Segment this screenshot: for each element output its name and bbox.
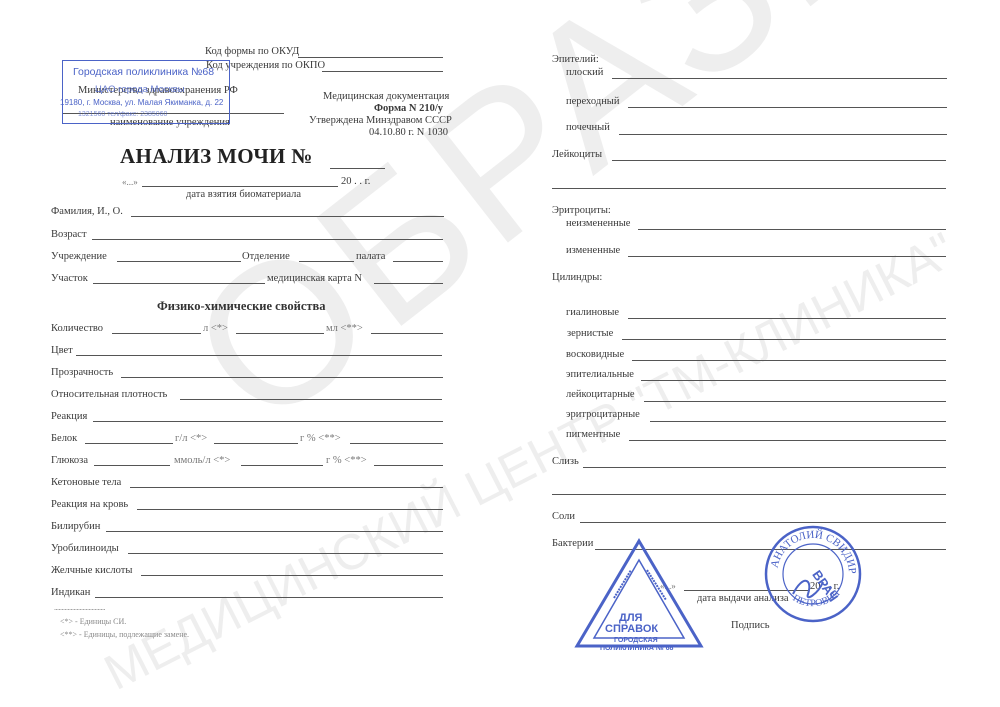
department-field[interactable]: [299, 261, 354, 262]
department-label: Отделение: [242, 251, 290, 263]
leukocytes-field[interactable]: [612, 160, 946, 161]
footnote-2: <**> - Единицы, подлежащие замене.: [60, 630, 189, 639]
unchanged-field[interactable]: [638, 229, 946, 230]
glucose-mmol-field[interactable]: [94, 465, 170, 466]
waxy-field[interactable]: [632, 360, 946, 361]
name-field[interactable]: [131, 216, 444, 217]
transitional-field[interactable]: [628, 107, 947, 108]
epithelial-casts-field[interactable]: [641, 380, 946, 381]
bilirubin-field[interactable]: [106, 531, 443, 532]
ward-field[interactable]: [393, 261, 443, 262]
quantity-extra-field[interactable]: [371, 333, 443, 334]
reaction-field[interactable]: [93, 421, 443, 422]
bile-acids-field[interactable]: [141, 575, 443, 576]
protein-pct-field[interactable]: [214, 443, 298, 444]
leukocyte-casts-label: лейкоцитарные: [566, 389, 635, 401]
ketones-label: Кетоновые тела: [51, 477, 121, 489]
glucose-label: Глюкоза: [51, 455, 88, 467]
reaction-label: Реакция: [51, 411, 87, 423]
glucose-unit-2: г % <**>: [326, 455, 367, 467]
quantity-unit-1: л <*>: [203, 323, 228, 335]
salts-field[interactable]: [580, 522, 946, 523]
protein-unit-2: г % <**>: [300, 433, 341, 445]
quantity-ml-field[interactable]: [236, 333, 324, 334]
density-field[interactable]: [180, 399, 442, 400]
institution-label: Учреждение: [51, 251, 107, 263]
blood-field[interactable]: [137, 509, 443, 510]
granular-label: зернистые: [567, 328, 613, 340]
triangle-stamp-center-2: СПРАВОК: [605, 623, 658, 635]
changed-label: измененные: [566, 245, 620, 257]
form-number: Форма N 210/у: [374, 103, 443, 115]
sample-date-prefix: «...»: [122, 176, 138, 188]
analysis-number-field[interactable]: [330, 168, 385, 169]
indican-field[interactable]: [95, 597, 443, 598]
hyaline-label: гиалиновые: [566, 307, 619, 319]
mucus-label: Слизь: [552, 456, 579, 468]
indican-label: Индикан: [51, 587, 90, 599]
protein-gl-field[interactable]: [85, 443, 173, 444]
protein-label: Белок: [51, 433, 77, 445]
waxy-label: восковидные: [566, 349, 624, 361]
quantity-l-field[interactable]: [112, 333, 201, 334]
round-stamp: АНАТОЛИЙ СВИДИРОВ ПЕТРОВИЧ ВРАЧ: [763, 524, 863, 624]
district-label: Участок: [51, 273, 88, 285]
sample-date-suffix: 20 . . г.: [341, 176, 370, 188]
density-label: Относительная плотность: [51, 389, 167, 401]
okud-field[interactable]: [298, 57, 443, 58]
district-field[interactable]: [93, 283, 265, 284]
protein-extra-field[interactable]: [350, 443, 443, 444]
epithelial-casts-label: эпителиальные: [566, 369, 634, 381]
glucose-extra-field[interactable]: [374, 465, 443, 466]
mucus-field-2[interactable]: [552, 494, 946, 495]
page-title: АНАЛИЗ МОЧИ №: [120, 144, 313, 169]
epithelium-label: Эпителий:: [552, 54, 599, 66]
bile-acids-label: Желчные кислоты: [51, 565, 132, 577]
med-card-label: медицинская карта N: [267, 273, 362, 285]
hyaline-field[interactable]: [628, 318, 946, 319]
blood-label: Реакция на кровь: [51, 499, 128, 511]
color-field[interactable]: [76, 355, 442, 356]
unchanged-label: неизмененные: [566, 218, 630, 230]
pigment-casts-field[interactable]: [629, 440, 946, 441]
bilirubin-label: Билирубин: [51, 521, 100, 533]
quantity-unit-2: мл <**>: [326, 323, 363, 335]
sample-date-field[interactable]: [142, 186, 338, 187]
urobilinoids-field[interactable]: [128, 553, 443, 554]
leukocytes-label: Лейкоциты: [552, 149, 602, 161]
flat-field[interactable]: [612, 78, 947, 79]
glucose-unit-1: ммоль/л <*>: [174, 455, 230, 467]
changed-field[interactable]: [628, 256, 946, 257]
color-label: Цвет: [51, 345, 73, 357]
pigment-casts-label: пигментные: [566, 429, 620, 441]
urobilinoids-label: Уробилиноиды: [51, 543, 119, 555]
stamp-line-4: 1321560 тел/факс: 2385060: [78, 111, 167, 118]
casts-label: Цилиндры:: [552, 272, 602, 284]
okud-label: Код формы по ОКУД: [205, 46, 299, 58]
renal-label: почечный: [566, 122, 610, 134]
transitional-label: переходный: [566, 96, 619, 108]
erythrocyte-casts-field[interactable]: [650, 421, 946, 422]
age-label: Возраст: [51, 229, 87, 241]
mucus-field[interactable]: [583, 467, 946, 468]
doc-type: Медицинская документация: [323, 91, 449, 103]
approval-date: 04.10.80 г. N 1030: [369, 127, 448, 139]
footnote-1: <*> - Единицы СИ.: [60, 617, 126, 626]
footnote-separator: ..................................: [54, 603, 105, 612]
flat-label: плоский: [566, 67, 603, 79]
stamp-line-3: 19180, г. Москва, ул. Малая Якиманка, д.…: [60, 98, 223, 107]
leukocytes-field-2[interactable]: [552, 188, 946, 189]
stamp-line-1: Городская поликлиника №68: [73, 66, 214, 78]
renal-field[interactable]: [619, 134, 947, 135]
transparency-label: Прозрачность: [51, 367, 113, 379]
salts-label: Соли: [552, 511, 575, 523]
patient-institution-field[interactable]: [117, 261, 241, 262]
quantity-label: Количество: [51, 323, 103, 335]
physchem-heading: Физико-химические свойства: [157, 299, 326, 314]
granular-field[interactable]: [622, 339, 946, 340]
leukocyte-casts-field[interactable]: [644, 401, 946, 402]
sample-date-caption: дата взятия биоматериала: [186, 189, 301, 201]
med-card-field[interactable]: [374, 283, 443, 284]
erythrocyte-casts-label: эритроцитарные: [566, 409, 640, 421]
name-label: Фамилия, И., О.: [51, 206, 123, 218]
stamp-line-2: ЦАО города Москвы: [95, 84, 185, 95]
transparency-field[interactable]: [121, 377, 443, 378]
triangle-stamp-bottom-2: ПОЛИКЛИНИКА № 68: [600, 645, 673, 652]
glucose-pct-field[interactable]: [241, 465, 323, 466]
protein-unit-1: г/л <*>: [175, 433, 207, 445]
ward-label: палата: [356, 251, 385, 263]
okpo-field[interactable]: [322, 71, 443, 72]
ketones-field[interactable]: [130, 487, 443, 488]
age-field[interactable]: [92, 239, 443, 240]
triangle-stamp-bottom-1: ГОРОДСКАЯ: [614, 637, 658, 644]
erythrocytes-label: Эритроциты:: [552, 205, 611, 217]
approved-by: Утверждена Минздравом СССР: [309, 115, 452, 127]
